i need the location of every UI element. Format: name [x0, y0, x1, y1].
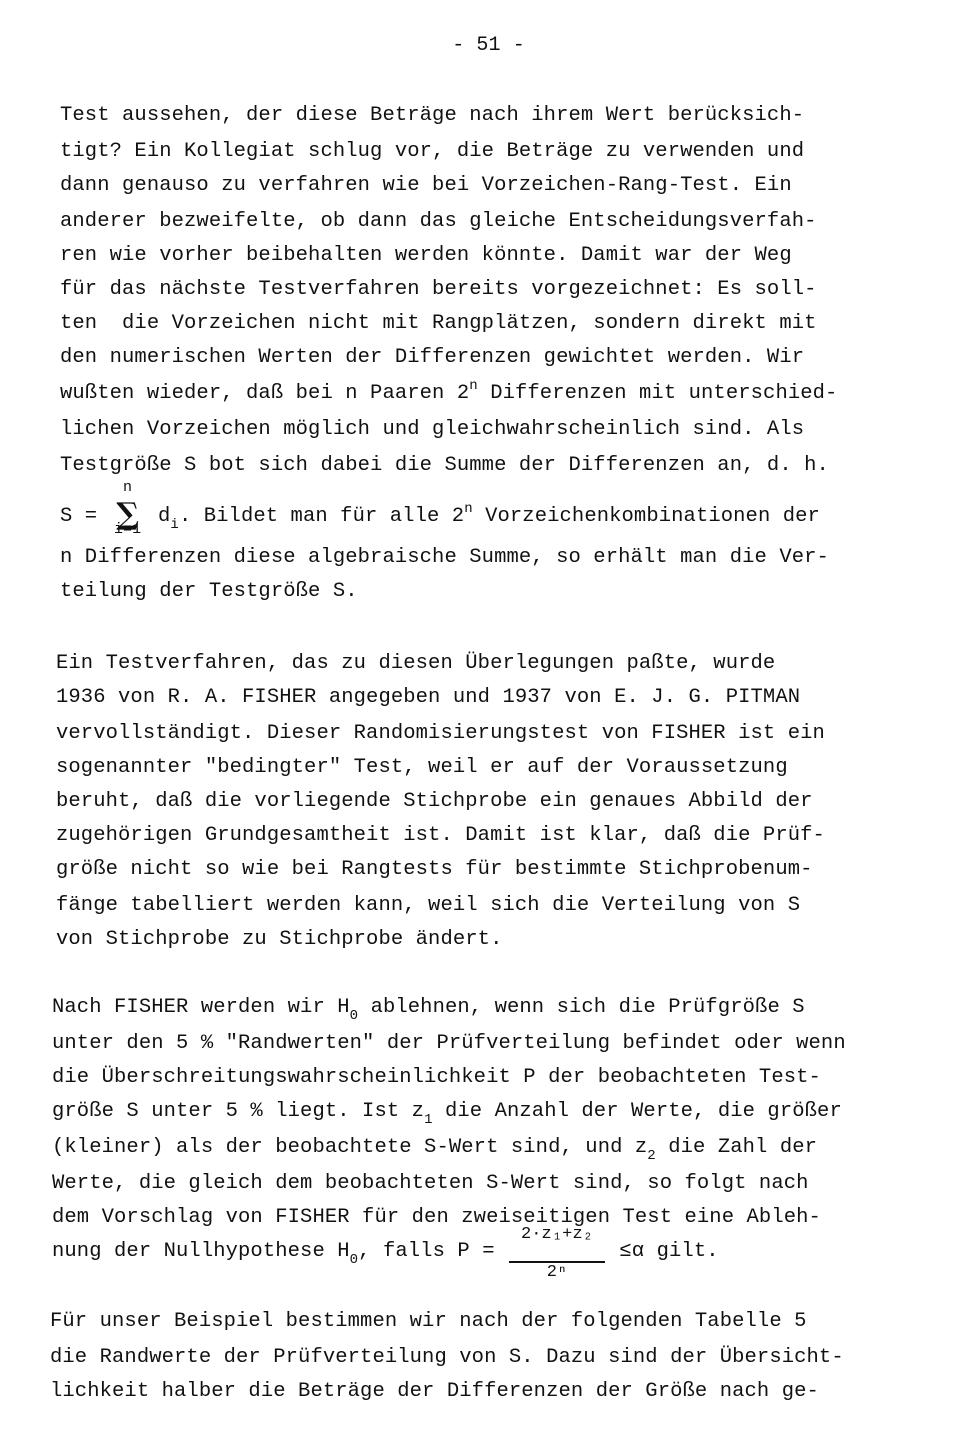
text-line: ren wie vorher beibehalten werden könnte… [60, 244, 792, 268]
text-segment: die Anzahl der Werte, die größer [433, 1100, 842, 1123]
text-line: von Stichprobe zu Stichprobe ändert. [56, 928, 502, 952]
superscript: n [464, 501, 473, 517]
text-line: Für unser Beispiel bestimmen wir nach de… [50, 1310, 807, 1334]
text-line: zugehörigen Grundgesamtheit ist. Damit i… [56, 824, 825, 848]
text-segment: Differenzen mit unterschied- [478, 382, 838, 405]
superscript: n [469, 378, 478, 394]
subscript: i [170, 517, 179, 533]
text-line: (kleiner) als der beobachtete S-Wert sin… [52, 1136, 817, 1161]
text-line: anderer bezweifelte, ob dann das gleiche… [60, 210, 817, 234]
formula-lhs: S = [60, 505, 110, 528]
summation: n∑i=1 [110, 500, 146, 529]
text-line: sogenannter "bedingter" Test, weil er au… [56, 756, 788, 780]
text-segment: (kleiner) als der beobachtete S-Wert sin… [52, 1136, 647, 1159]
text-line: die Überschreitungswahrscheinlichkeit P … [52, 1066, 821, 1090]
text-line: Testgröße S bot sich dabei die Summe der… [60, 454, 829, 478]
subscript: 2 [647, 1148, 656, 1164]
text-line: wußten wieder, daß bei n Paaren 2n Diffe… [60, 382, 837, 407]
text-line: 1936 von R. A. FISHER angegeben und 1937… [56, 686, 800, 710]
text-line: Nach FISHER werden wir H0 ablehnen, wenn… [52, 996, 805, 1021]
subscript: 0 [350, 1008, 359, 1024]
text-line: größe nicht so wie bei Rangtests für bes… [56, 858, 813, 882]
text-line: lichen Vorzeichen möglich und gleichwahr… [60, 418, 804, 442]
fraction-numerator: 2·z₁+z₂ [507, 1226, 607, 1244]
document-page: - 51 - Test aussehen, der diese Beträge … [0, 0, 977, 1448]
text-segment: gilt. [644, 1240, 718, 1263]
text-line: Test aussehen, der diese Beträge nach ih… [60, 104, 804, 128]
text-line: Werte, die gleich dem beobachteten S-Wer… [52, 1172, 809, 1196]
text-segment: die Zahl der [656, 1136, 817, 1159]
text-line: dem Vorschlag von FISHER für den zweisei… [52, 1206, 821, 1230]
sigma-lower-limit: i=1 [110, 522, 146, 537]
text-line: vervollständigt. Dieser Randomisierungst… [56, 722, 825, 746]
formula-term: d [146, 505, 171, 528]
text-line: unter den 5 % "Randwerten" der Prüfverte… [52, 1032, 846, 1056]
text-line: ten die Vorzeichen nicht mit Rangplätzen… [60, 312, 817, 336]
text-line: n Differenzen diese algebraische Summe, … [60, 546, 829, 570]
text-segment: wußten wieder, daß bei n Paaren 2 [60, 382, 469, 405]
text-segment: . Bildet man für alle 2 [179, 505, 464, 528]
fraction-denominator: 2ⁿ [507, 1264, 607, 1282]
relation-symbol: ≤α [607, 1240, 644, 1263]
text-line: lichkeit halber die Beträge der Differen… [50, 1380, 819, 1404]
sigma-upper-limit: n [110, 480, 146, 495]
subscript: 1 [424, 1112, 433, 1128]
text-line: Ein Testverfahren, das zu diesen Überleg… [56, 652, 775, 676]
text-line: die Randwerte der Prüfverteilung von S. … [50, 1346, 844, 1370]
text-line: teilung der Testgröße S. [60, 580, 358, 604]
subscript: 0 [350, 1252, 359, 1268]
page-number: - 51 - [0, 34, 977, 57]
text-line: für das nächste Testverfahren bereits vo… [60, 278, 817, 302]
p-formula-line: nung der Nullhypothese H0, falls P = 2·z… [52, 1240, 719, 1265]
text-segment: größe S unter 5 % liegt. Ist z [52, 1100, 424, 1123]
text-segment: nung der Nullhypothese H [52, 1240, 350, 1263]
text-line: dann genauso zu verfahren wie bei Vorzei… [60, 174, 792, 198]
text-line: tigt? Ein Kollegiat schlug vor, die Betr… [60, 140, 804, 164]
sum-formula-line: S = n∑i=1 di. Bildet man für alle 2n Vor… [60, 500, 820, 530]
text-line: beruht, daß die vorliegende Stichprobe e… [56, 790, 813, 814]
text-line: größe S unter 5 % liegt. Ist z1 die Anza… [52, 1100, 842, 1125]
text-segment: Vorzeichenkombinationen der [473, 505, 820, 528]
text-segment: Nach FISHER werden wir H [52, 996, 350, 1019]
text-line: den numerischen Werten der Differenzen g… [60, 346, 804, 370]
text-line: fänge tabelliert werden kann, weil sich … [56, 894, 800, 918]
text-segment: ablehnen, wenn sich die Prüfgröße S [358, 996, 804, 1019]
fraction: 2·z₁+z₂2ⁿ [507, 1240, 607, 1264]
text-segment: , falls P = [358, 1240, 507, 1263]
